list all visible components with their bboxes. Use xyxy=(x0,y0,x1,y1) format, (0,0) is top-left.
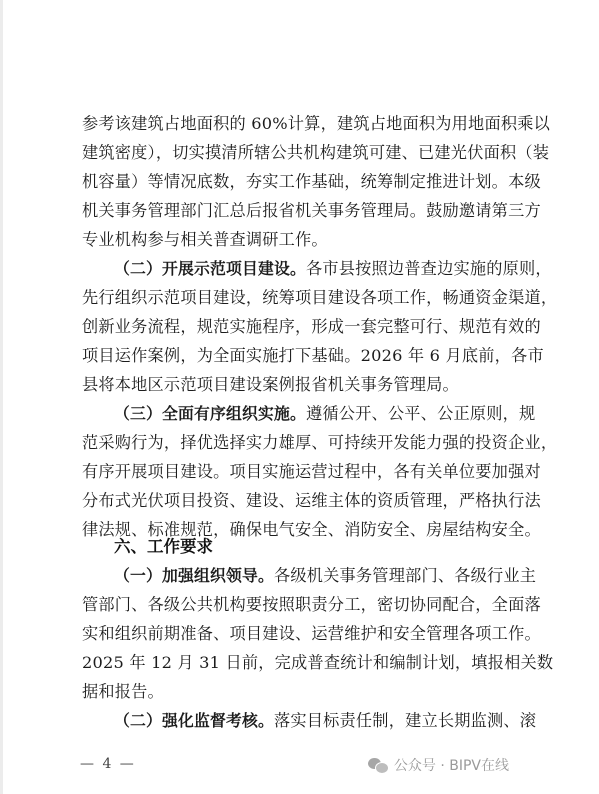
page-number: — 4 — xyxy=(80,756,136,772)
paragraph-line: 参考该建筑占地面积的 60%计算，建筑占地面积为用地面积乘以 xyxy=(82,112,524,136)
paragraph-line: 创新业务流程，规范实施程序，形成一套完整可行、规范有效的 xyxy=(82,315,524,339)
section-3-text: 遵循公开、公平、公正原则，规 xyxy=(306,404,535,423)
req-2-text: 落实目标责任制，建立长期监测、滚 xyxy=(274,711,536,730)
section-2-first-line: （二）开展示范项目建设。各市县按照边普查边实施的原则， xyxy=(114,257,524,281)
paragraph-line: 有序开展项目建设。项目实施运营过程中，各有关单位要加强对 xyxy=(82,460,524,484)
req-2-title: （二）强化监督考核。 xyxy=(114,711,274,730)
paragraph-line: 范采购行为，择优选择实力雄厚、可持续开发能力强的投资企业， xyxy=(82,431,524,455)
source-watermark: 公众号 · BIPV在线 xyxy=(368,755,509,775)
paragraph-line: 机容量）等情况底数，夯实工作基础，统筹制定推进计划。本级 xyxy=(82,170,524,194)
req-1-first-line: （一）加强组织领导。各级机关事务管理部门、各级行业主 xyxy=(114,564,524,588)
paragraph-line: 县将本地区示范项目建设案例报省机关事务管理局。 xyxy=(82,373,524,397)
paragraph-line: 实和组织前期准备、项目建设、运营维护和安全管理各项工作。 xyxy=(82,622,524,646)
req-2-first-line: （二）强化监督考核。落实目标责任制，建立长期监测、滚 xyxy=(114,709,524,733)
section-3-first-line: （三）全面有序组织实施。遵循公开、公平、公正原则，规 xyxy=(114,402,524,426)
paragraph-line: 分布式光伏项目投资、建设、运维主体的资质管理，严格执行法 xyxy=(82,489,524,513)
document-page: 参考该建筑占地面积的 60%计算，建筑占地面积为用地面积乘以 建筑密度），切实摸… xyxy=(0,0,599,794)
watermark-text: 公众号 · BIPV在线 xyxy=(394,755,509,775)
req-1-title: （一）加强组织领导。 xyxy=(114,566,274,585)
paragraph-line: 专业机构参与相关普查调研工作。 xyxy=(82,228,524,252)
section-6-heading: 六、工作要求 xyxy=(114,535,213,559)
paragraph-line: 据和报告。 xyxy=(82,680,524,704)
wechat-icon xyxy=(368,757,388,773)
section-3-title: （三）全面有序组织实施。 xyxy=(114,404,306,423)
section-2-title: （二）开展示范项目建设。 xyxy=(114,259,306,278)
req-1-text: 各级机关事务管理部门、各级行业主 xyxy=(274,566,536,585)
paragraph-line: 2025 年 12 月 31 日前，完成普查统计和编制计划，填报相关数 xyxy=(82,651,524,675)
paragraph-line: 机关事务管理部门汇总后报省机关事务管理局。鼓励邀请第三方 xyxy=(82,199,524,223)
paragraph-line: 先行组织示范项目建设，统筹项目建设各项工作，畅通资金渠道， xyxy=(82,286,524,310)
page-edge xyxy=(0,0,3,794)
paragraph-line: 建筑密度），切实摸清所辖公共机构建筑可建、已建光伏面积（装 xyxy=(82,141,524,165)
paragraph-line: 管部门、各级公共机构要按照职责分工，密切协同配合，全面落 xyxy=(82,593,524,617)
paragraph-line: 项目运作案例，为全面实施打下基础。2026 年 6 月底前，各市 xyxy=(82,344,524,368)
section-2-text: 各市县按照边普查边实施的原则， xyxy=(306,259,552,278)
